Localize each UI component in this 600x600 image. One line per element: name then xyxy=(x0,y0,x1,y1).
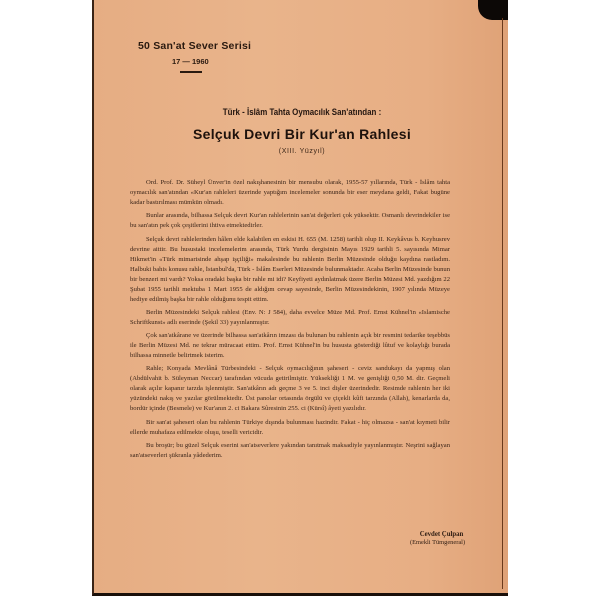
paragraph: Bunlar arasında, bilhassa Selçuk devri K… xyxy=(130,211,450,231)
document-subtitle: Türk - İslâm Tahta Oymacılık San'atından… xyxy=(119,107,485,117)
document-page: 50 San'at Sever Serisi 17 — 1960 Türk - … xyxy=(92,0,508,596)
paragraph: Bu broşür; bu güzel Selçuk eserini san'a… xyxy=(130,441,450,461)
paragraph: Berlin Müzesindeki Selçuk rahlesi (Env. … xyxy=(130,308,450,328)
author-rank: (Emekli Tümgeneral) xyxy=(410,539,465,546)
header-divider xyxy=(180,71,202,73)
document-title: Selçuk Devri Bir Kur'an Rahlesi xyxy=(94,126,510,142)
series-heading: 50 San'at Sever Serisi xyxy=(138,40,251,52)
paragraph: Bir san'at şaheseri olan bu rahlenin Tür… xyxy=(130,418,450,438)
century-label: (XIII. Yüzyıl) xyxy=(94,148,510,155)
signature-block: Cevdet Çulpan (Emekli Tümgeneral) xyxy=(418,531,465,546)
issue-number: 17 — 1960 xyxy=(172,57,209,66)
author-name: Cevdet Çulpan xyxy=(418,531,465,538)
page-corner-shadow xyxy=(478,0,508,20)
page-fold-line xyxy=(502,18,504,589)
paragraph: Çok san'atkârane ve üzerinde bilhassa sa… xyxy=(130,331,450,361)
paragraph: Selçuk devri rahlelerinden hâlen elde ka… xyxy=(130,235,450,305)
paragraph: Rahle; Konyada Mevlânâ Türbesindeki - Se… xyxy=(130,364,450,414)
body-text: Ord. Prof. Dr. Süheyl Ünver'in özel nakı… xyxy=(130,178,450,464)
paragraph: Ord. Prof. Dr. Süheyl Ünver'in özel nakı… xyxy=(130,178,450,208)
